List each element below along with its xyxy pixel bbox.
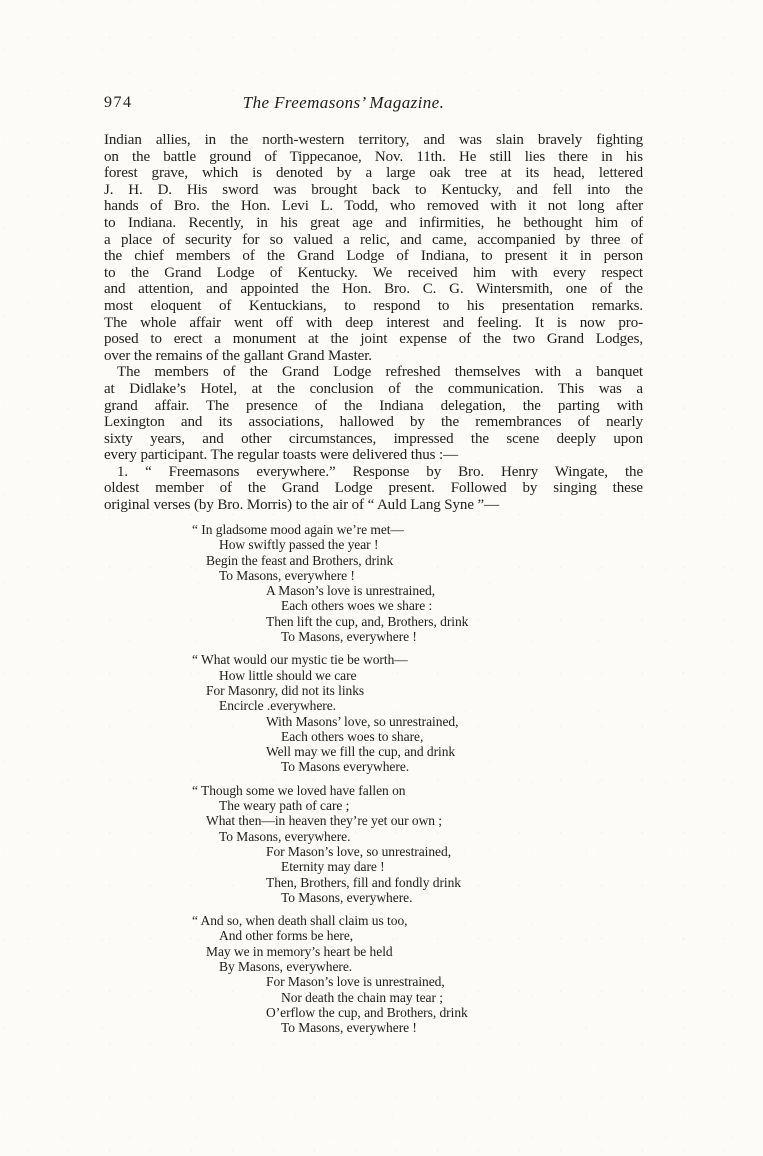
verse-line: For Mason’s love is unrestrained, xyxy=(192,974,652,989)
text-line: most eloquent of Kentuckians, to respond… xyxy=(104,298,643,315)
verse-line: For Mason’s love, so unrestrained, xyxy=(192,844,652,859)
poem: “ In gladsome mood again we’re met—How s… xyxy=(192,522,652,1044)
verse-line: With Masons’ love, so unrestrained, xyxy=(192,714,652,729)
text-line: posed to erect a monument at the joint e… xyxy=(104,331,643,348)
text-line: on the battle ground of Tippecanoe, Nov.… xyxy=(104,149,643,166)
verse-line: “ What would our mystic tie be worth— xyxy=(192,652,652,667)
verse-line: By Masons, everywhere. xyxy=(192,959,652,974)
verse-line: Then, Brothers, fill and fondly drink xyxy=(192,875,652,890)
verse-line: Each others woes to share, xyxy=(192,729,652,744)
text-line: hands of Bro. the Hon. Levi L. Todd, who… xyxy=(104,198,643,215)
verse-line: What then—in heaven they’re yet our own … xyxy=(192,813,652,828)
verse-line: The weary path of care ; xyxy=(192,798,652,813)
text-line: Indian allies, in the north-western terr… xyxy=(104,132,643,149)
verse-line: Well may we fill the cup, and drink xyxy=(192,744,652,759)
paragraph: Indian allies, in the north-western terr… xyxy=(104,132,643,364)
verse-line: “ And so, when death shall claim us too, xyxy=(192,913,652,928)
verse-line: Encircle .everywhere. xyxy=(192,698,652,713)
poem-stanza: “ Though some we loved have fallen onThe… xyxy=(192,783,652,905)
verse-line: To Masons, everywhere ! xyxy=(192,568,652,583)
paragraph: The members of the Grand Lodge refreshed… xyxy=(104,364,643,464)
text-line: every participant. The regular toasts we… xyxy=(104,447,643,464)
poem-stanza: “ What would our mystic tie be worth—How… xyxy=(192,652,652,774)
verse-line: Each others woes we share : xyxy=(192,598,652,613)
text-line: grand affair. The presence of the Indian… xyxy=(104,398,643,415)
poem-stanza: “ And so, when death shall claim us too,… xyxy=(192,913,652,1035)
text-line: sixty years, and other circumstances, im… xyxy=(104,431,643,448)
verse-line: Nor death the chain may tear ; xyxy=(192,990,652,1005)
text-line: at Didlake’s Hotel, at the conclusion of… xyxy=(104,381,643,398)
paragraph: 1. “ Freemasons everywhere.” Response by… xyxy=(104,464,643,514)
text-line: original verses (by Bro. Morris) to the … xyxy=(104,497,643,514)
running-title: The Freemasons’ Magazine. xyxy=(74,93,613,113)
text-line: The members of the Grand Lodge refreshed… xyxy=(104,364,643,381)
text-line: a place of security for so valued a reli… xyxy=(104,232,643,249)
verse-line: “ Though some we loved have fallen on xyxy=(192,783,652,798)
verse-line: A Mason’s love is unrestrained, xyxy=(192,583,652,598)
verse-line: How little should we care xyxy=(192,668,652,683)
text-line: and attention, and appointed the Hon. Br… xyxy=(104,281,643,298)
text-line: forest grave, which is denoted by a larg… xyxy=(104,165,643,182)
text-line: J. H. D. His sword was brought back to K… xyxy=(104,182,643,199)
verse-line: To Masons everywhere. xyxy=(192,759,652,774)
text-line: 1. “ Freemasons everywhere.” Response by… xyxy=(104,464,643,481)
verse-line: O’erflow the cup, and Brothers, drink xyxy=(192,1005,652,1020)
article-body: Indian allies, in the north-western terr… xyxy=(104,132,643,514)
verse-line: Eternity may dare ! xyxy=(192,859,652,874)
verse-line: To Masons, everywhere ! xyxy=(192,629,652,644)
text-line: over the remains of the gallant Grand Ma… xyxy=(104,348,643,365)
text-line: oldest member of the Grand Lodge present… xyxy=(104,480,643,497)
verse-line: Begin the feast and Brothers, drink xyxy=(192,553,652,568)
verse-line: “ In gladsome mood again we’re met— xyxy=(192,522,652,537)
verse-line: For Masonry, did not its links xyxy=(192,683,652,698)
text-line: Lexington and its associations, hallowed… xyxy=(104,414,643,431)
verse-line: To Masons, everywhere. xyxy=(192,829,652,844)
verse-line: Then lift the cup, and, Brothers, drink xyxy=(192,614,652,629)
verse-line: May we in memory’s heart be held xyxy=(192,944,652,959)
text-line: to Indiana. Recently, in his great age a… xyxy=(104,215,643,232)
scanned-page: 974 The Freemasons’ Magazine. Indian all… xyxy=(0,0,763,1156)
verse-line: And other forms be here, xyxy=(192,928,652,943)
verse-line: How swiftly passed the year ! xyxy=(192,537,652,552)
text-line: the chief members of the Grand Lodge of … xyxy=(104,248,643,265)
verse-line: To Masons, everywhere ! xyxy=(192,1020,652,1035)
page-header: 974 The Freemasons’ Magazine. xyxy=(104,93,643,113)
poem-stanza: “ In gladsome mood again we’re met—How s… xyxy=(192,522,652,644)
verse-line: To Masons, everywhere. xyxy=(192,890,652,905)
text-line: to the Grand Lodge of Kentucky. We recei… xyxy=(104,265,643,282)
text-line: The whole affair went off with deep inte… xyxy=(104,315,643,332)
